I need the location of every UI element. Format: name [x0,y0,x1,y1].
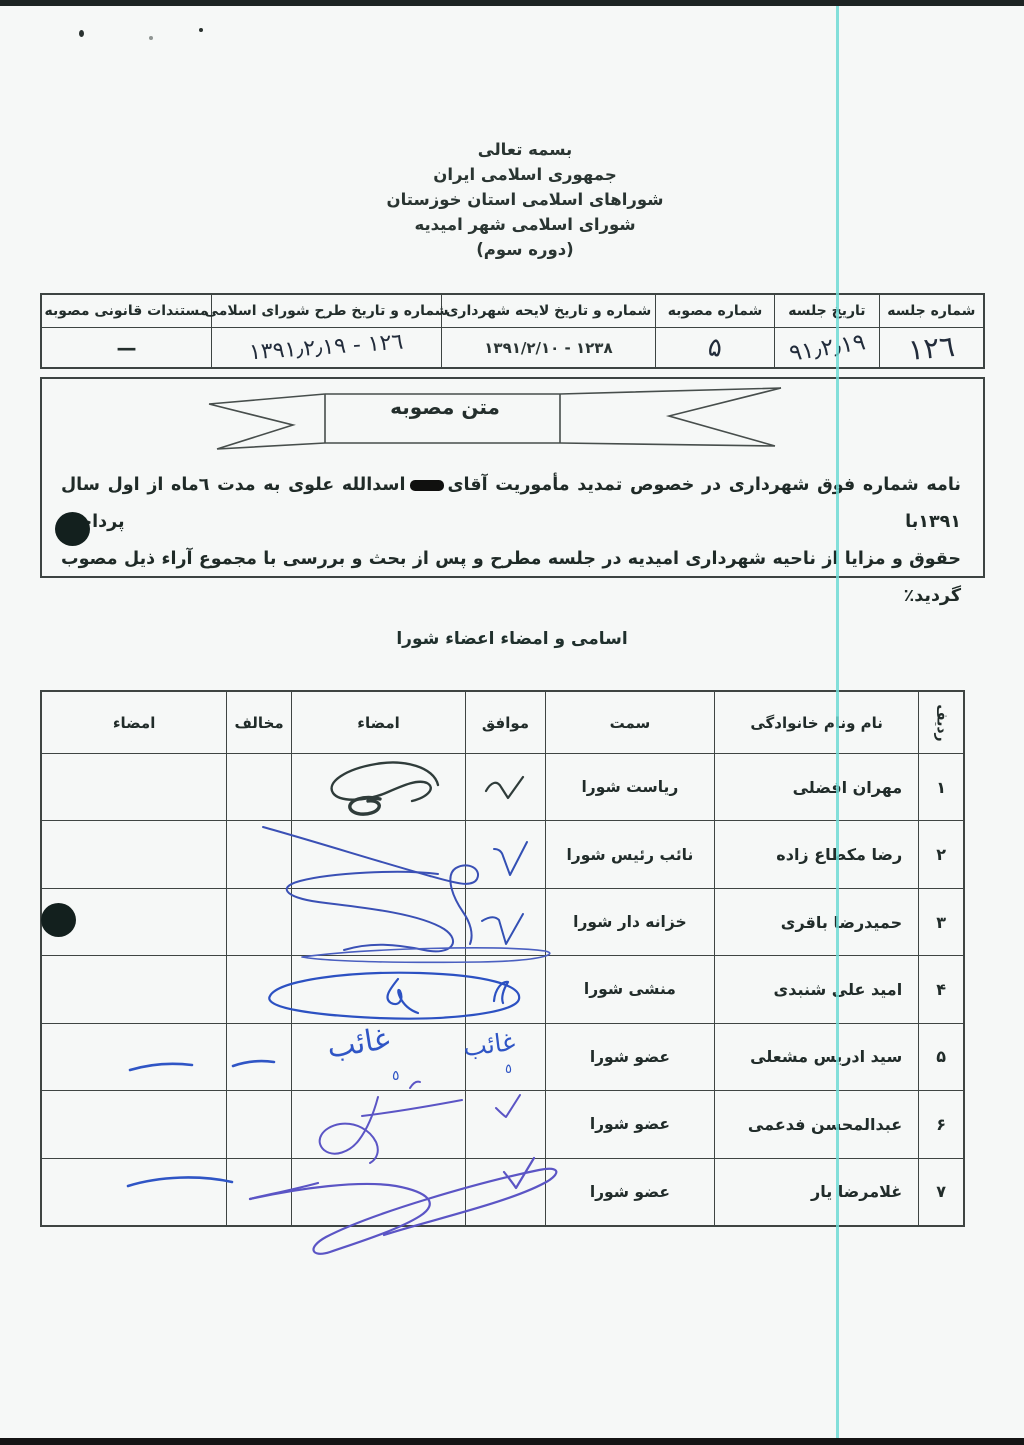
term-line: (دوره سوم) [300,237,750,262]
member-row-number: ۷ [918,1159,963,1225]
signature-cell-2 [42,1091,226,1157]
country-line: جمهوری اسلامی ایران [300,162,750,187]
agree-cell [465,1091,545,1157]
signature-cell [291,821,465,887]
city-council-line: شورای اسلامی شهر امیدیه [300,212,750,237]
hole-punch-mark [41,903,76,937]
header-position: سمت [545,692,714,753]
member-name: سید ادریس مشعلی [714,1024,918,1090]
header-agree: موافق [465,692,545,753]
members-section-title: اسامی و امضاء اعضاء شورا [342,629,682,649]
member-row-number: ۵ [918,1024,963,1090]
scanned-document-page: بسمه تعالی جمهوری اسلامی ایران شوراهای ا… [0,0,1024,1445]
signature-cell [291,956,465,1022]
session-date-column: تاریخ جلسه ٩١٫٢٫١٩ [774,295,878,367]
legal-documentation-header: مستندات قانونی مصوبه [42,295,211,328]
banner-title: متن مصوبه [325,395,565,419]
council-plan-header: شماره و تاریخ طرح شورای اسلامی [212,295,441,328]
resolution-line1-pre: نامه شماره فوق شهرداری در خصوص تمدید مأم… [448,475,961,495]
member-row-number: ۲ [918,821,963,887]
member-name: امید علی شنبدی [714,956,918,1022]
header-row-number: ردیف [918,692,963,753]
signature-cell [291,754,465,820]
oppose-cell [226,889,291,955]
council-plan-value: ١٢٦ - ١٣٩١٫٢٫١٩ [249,330,405,366]
resolution-line-2: حقوق و مزایا از ناحیه شهرداری امیدیه در … [61,541,961,615]
resolution-text-box: متن مصوبه نامه شماره فوق شهرداری در خصوص… [40,377,985,578]
agree-cell [465,956,545,1022]
redaction-mark [410,480,444,491]
hole-punch-mark [55,512,90,546]
oppose-cell [226,1159,291,1225]
scan-speck [149,36,153,40]
member-name: مهران افضلی [714,754,918,820]
members-table-header-row: ردیف نام ونام خانوادگی سمت موافق امضاء م… [42,692,963,754]
member-row-3: ۳ حمیدرضا باقری خزانه دار شورا [42,889,963,956]
session-date-value: ٩١٫٢٫١٩ [787,329,867,367]
agree-cell [465,1159,545,1225]
municipality-bill-header: شماره و تاریخ لایحه شهرداری [442,295,655,328]
header-signature: امضاء [291,692,465,753]
scan-speck [199,28,203,32]
scan-edge-top [0,0,1024,6]
member-row-7: ۷ غلامرضا یار عضو شورا [42,1159,963,1225]
legal-documentation-value: — [117,336,137,360]
header-full-name: نام ونام خانوادگی [714,692,918,753]
signature-cell-2 [42,754,226,820]
member-name: عبدالمحسن فدعمی [714,1091,918,1157]
member-position: عضو شورا [545,1024,714,1090]
resolution-info-table: شماره جلسه ١٢٦ تاریخ جلسه ٩١٫٢٫١٩ شماره … [40,293,985,369]
member-row-number: ۱ [918,754,963,820]
member-name: غلامرضا یار [714,1159,918,1225]
member-row-1: ۱ مهران افضلی ریاست شورا [42,754,963,821]
absent-note-dot: ٥ [505,1062,512,1077]
member-position: خزانه دار شورا [545,889,714,955]
province-councils-line: شوراهای اسلامی استان خوزستان [300,187,750,212]
resolution-body-text: نامه شماره فوق شهرداری در خصوص تمدید مأم… [61,467,961,615]
session-number-column: شماره جلسه ١٢٦ [879,295,983,367]
resolution-number-column: شماره مصوبه ۵ [655,295,774,367]
oppose-cell [226,1024,291,1090]
letterhead: بسمه تعالی جمهوری اسلامی ایران شوراهای ا… [300,137,750,262]
resolution-line-1: نامه شماره فوق شهرداری در خصوص تمدید مأم… [61,467,961,541]
scan-edge-bottom [0,1438,1024,1445]
oppose-cell [226,956,291,1022]
member-row-number: ۶ [918,1091,963,1157]
legal-documentation-column: مستندات قانونی مصوبه — [42,295,211,367]
council-plan-column: شماره و تاریخ طرح شورای اسلامی ١٢٦ - ١٣٩… [211,295,441,367]
agree-cell [465,821,545,887]
header-signature-2: امضاء [42,692,226,753]
bismillah-line: بسمه تعالی [300,137,750,162]
oppose-cell [226,821,291,887]
scanner-artifact-line [836,6,839,1438]
member-position: عضو شورا [545,1159,714,1225]
member-position: عضو شورا [545,1091,714,1157]
signature-cell-2 [42,956,226,1022]
resolution-number-value: ۵ [706,332,724,364]
member-row-2: ۲ رضا مکطاع زاده نائب رئیس شورا [42,821,963,888]
session-date-header: تاریخ جلسه [775,295,878,328]
municipality-bill-value: ١٢٣٨ - ١٣٩١/٢/١٠ [484,339,612,357]
member-position: منشی شورا [545,956,714,1022]
scan-speck [79,30,84,37]
session-number-header: شماره جلسه [880,295,983,328]
session-number-value: ١٢٦ [907,329,957,367]
member-name: حمیدرضا باقری [714,889,918,955]
resolution-number-header: شماره مصوبه [656,295,774,328]
municipality-bill-column: شماره و تاریخ لایحه شهرداری ١٢٣٨ - ١٣٩١/… [441,295,655,367]
member-row-number: ۳ [918,889,963,955]
ribbon-left-tail [209,394,325,449]
member-name: رضا مکطاع زاده [714,821,918,887]
signature-cell [291,889,465,955]
member-row-number: ۴ [918,956,963,1022]
absent-note-dot: ٥ [392,1068,400,1084]
header-oppose: مخالف [226,692,291,753]
oppose-cell [226,754,291,820]
ribbon-right-tail [560,388,781,446]
signature-cell-2 [42,1024,226,1090]
signature-cell [291,1159,465,1225]
member-position: ریاست شورا [545,754,714,820]
oppose-cell [226,1091,291,1157]
member-row-6: ۶ عبدالمحسن فدعمی عضو شورا [42,1091,963,1158]
member-position: نائب رئیس شورا [545,821,714,887]
member-row-4: ۴ امید علی شنبدی منشی شورا [42,956,963,1023]
signature-cell-2 [42,821,226,887]
signature-cell-2 [42,1159,226,1225]
agree-cell [465,754,545,820]
agree-cell [465,889,545,955]
members-table: ردیف نام ونام خانوادگی سمت موافق امضاء م… [40,690,965,1227]
signature-cell [291,1091,465,1157]
